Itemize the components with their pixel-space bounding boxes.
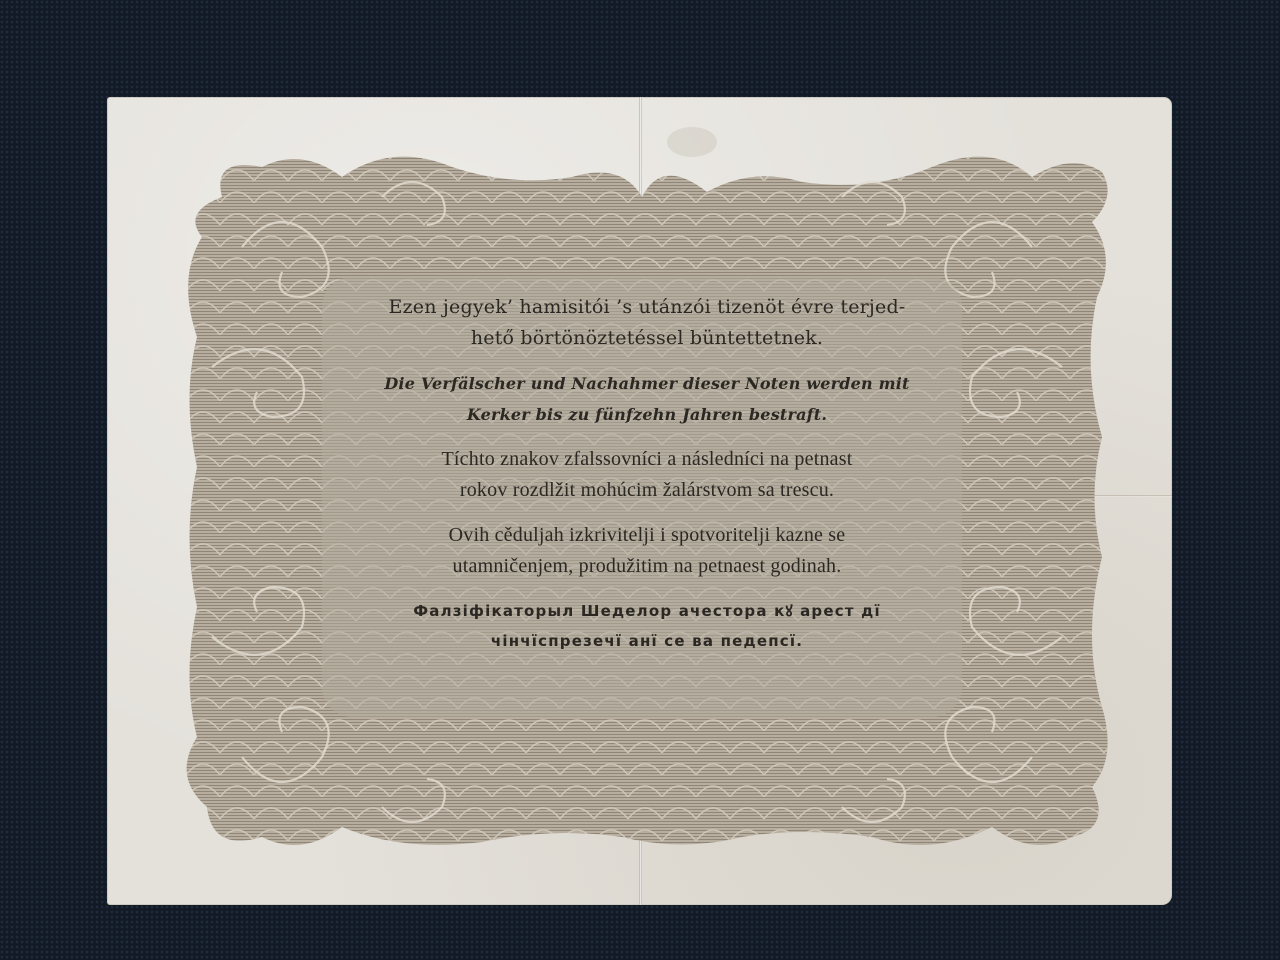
penalty-warning-text: Ezen jegyek’ hamisitói ’s utánzói tizenö… (337, 292, 957, 670)
warning-german: Die Verfälscher und Nachahmer dieser Not… (337, 368, 957, 430)
warning-romanian-cyrillic: Фалзіфікаторыл Шеделор ачестора кꙋ арест… (337, 596, 957, 656)
banknote: Ezen jegyek’ hamisitói ’s utánzói tizenö… (107, 97, 1172, 905)
warning-hungarian: Ezen jegyek’ hamisitói ’s utánzói tizenö… (337, 292, 957, 354)
warning-croatian: Ovih cěduljah izkrivitelji i spotvoritel… (337, 520, 957, 582)
warning-slovak: Tíchto znakov zfalssovníci a následníci … (337, 444, 957, 506)
